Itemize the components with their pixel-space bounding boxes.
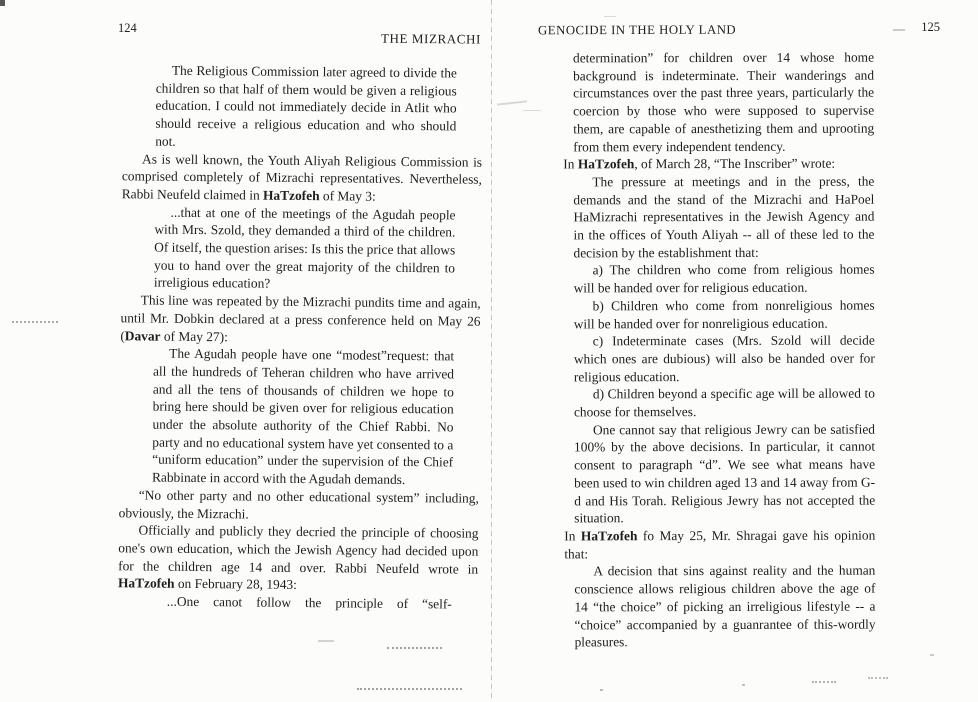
- right-quote-paragraph-6: c) Indeterminate cases (Mrs. Szold will …: [574, 332, 875, 386]
- scan-artifact: [523, 110, 541, 111]
- periodical-name: Davar: [125, 328, 161, 343]
- left-quote-paragraph-5: The Agudah people have one “modest”reque…: [152, 345, 454, 490]
- left-body-paragraph-7: Officially and publicly they decried the…: [118, 522, 479, 596]
- scan-artifact: [600, 689, 603, 691]
- page-left-text-block: The Religious Commission later agreed to…: [118, 61, 483, 613]
- periodical-name: HaTzofeh: [581, 528, 638, 543]
- text-segment: of May 27):: [160, 328, 227, 344]
- text-segment: “No other party and no other educational…: [119, 487, 479, 521]
- left-body-paragraph-2: As is well known, the Youth Aliyah Relig…: [122, 150, 482, 207]
- scan-artifact: [357, 688, 462, 692]
- page-right: GENOCIDE IN THE HOLY LAND 125 determinat…: [492, 0, 978, 702]
- left-body-paragraph-6: “No other party and no other educational…: [119, 486, 479, 525]
- text-segment: of May 3:: [319, 188, 375, 204]
- scan-artifact: [868, 677, 888, 681]
- page-left: 124 THE MIZRACHI The Religious Commissio…: [0, 0, 492, 702]
- page-number-right: 125: [921, 20, 940, 35]
- text-segment: determination” for children over 14 whos…: [573, 50, 874, 154]
- scan-artifact: [0, 0, 5, 6]
- text-segment: In: [563, 157, 578, 172]
- text-segment: The pressure at meetings and in the pres…: [573, 174, 874, 261]
- scan-artifact: [930, 654, 934, 656]
- text-segment: Officially and publicly they decried the…: [118, 523, 478, 577]
- right-quote-paragraph-8: One cannot say that religious Jewry can …: [574, 420, 875, 527]
- text-segment: on February 28, 1943:: [174, 576, 297, 592]
- left-quote-paragraph-8: ...One canot follow the principle of “se…: [151, 593, 452, 614]
- right-quote-paragraph-4: a) The children who come from religious …: [574, 261, 875, 297]
- text-segment: ...that at one of the meetings of the Ag…: [154, 204, 456, 291]
- running-title-right: GENOCIDE IN THE HOLY LAND: [538, 23, 736, 39]
- text-segment: d) Children beyond a specific age will b…: [574, 386, 875, 419]
- text-segment: ...One canot follow the principle of “se…: [167, 594, 452, 612]
- left-quote-paragraph-3: ...that at one of the meetings of the Ag…: [154, 203, 456, 294]
- text-segment: c) Indeterminate cases (Mrs. Szold will …: [574, 333, 875, 384]
- text-segment: The Agudah people have one “modest”reque…: [152, 346, 454, 487]
- right-body-paragraph-2: In HaTzofeh, of March 28, “The Inscriber…: [563, 155, 874, 174]
- periodical-name: HaTzofeh: [263, 188, 320, 204]
- scan-artifact: [387, 647, 442, 651]
- scan-artifact: [604, 16, 616, 17]
- periodical-name: HaTzofeh: [578, 156, 635, 171]
- left-body-paragraph-4: This line was repeated by the Mizrachi p…: [120, 291, 480, 348]
- text-segment: a) The children who come from religious …: [574, 262, 875, 295]
- periodical-name: HaTzofeh: [118, 576, 175, 592]
- scan-artifact: [318, 640, 334, 642]
- scan-artifact: [812, 681, 836, 685]
- right-quote-paragraph-1: determination” for children over 14 whos…: [573, 49, 874, 156]
- right-quote-paragraph-10: A decision that sins against reality and…: [574, 562, 875, 651]
- right-body-paragraph-9: In HaTzofeh fo May 25, Mr. Shragai gave …: [564, 527, 875, 563]
- right-quote-paragraph-3: The pressure at meetings and in the pres…: [573, 173, 874, 262]
- text-segment: A decision that sins against reality and…: [574, 563, 875, 650]
- text-segment: b) Children who come from nonreligious h…: [574, 297, 875, 330]
- left-quote-paragraph-1: The Religious Commission later agreed to…: [155, 62, 457, 153]
- right-quote-paragraph-7: d) Children beyond a specific age will b…: [574, 385, 875, 421]
- text-segment: , of March 28, “The Inscriber” wrote:: [634, 156, 835, 172]
- scan-artifact: [742, 684, 745, 686]
- text-segment: The Religious Commission later agreed to…: [155, 63, 457, 149]
- text-segment: In: [564, 528, 581, 543]
- page-right-text-block: determination” for children over 14 whos…: [563, 49, 876, 652]
- text-segment: One cannot say that religious Jewry can …: [574, 421, 875, 525]
- scan-artifact: [893, 29, 905, 31]
- right-quote-paragraph-5: b) Children who come from nonreligious h…: [574, 296, 875, 332]
- running-title-left: THE MIZRACHI: [121, 28, 481, 47]
- scan-artifact: [12, 321, 58, 325]
- book-spread-scan: 124 THE MIZRACHI The Religious Commissio…: [0, 0, 978, 702]
